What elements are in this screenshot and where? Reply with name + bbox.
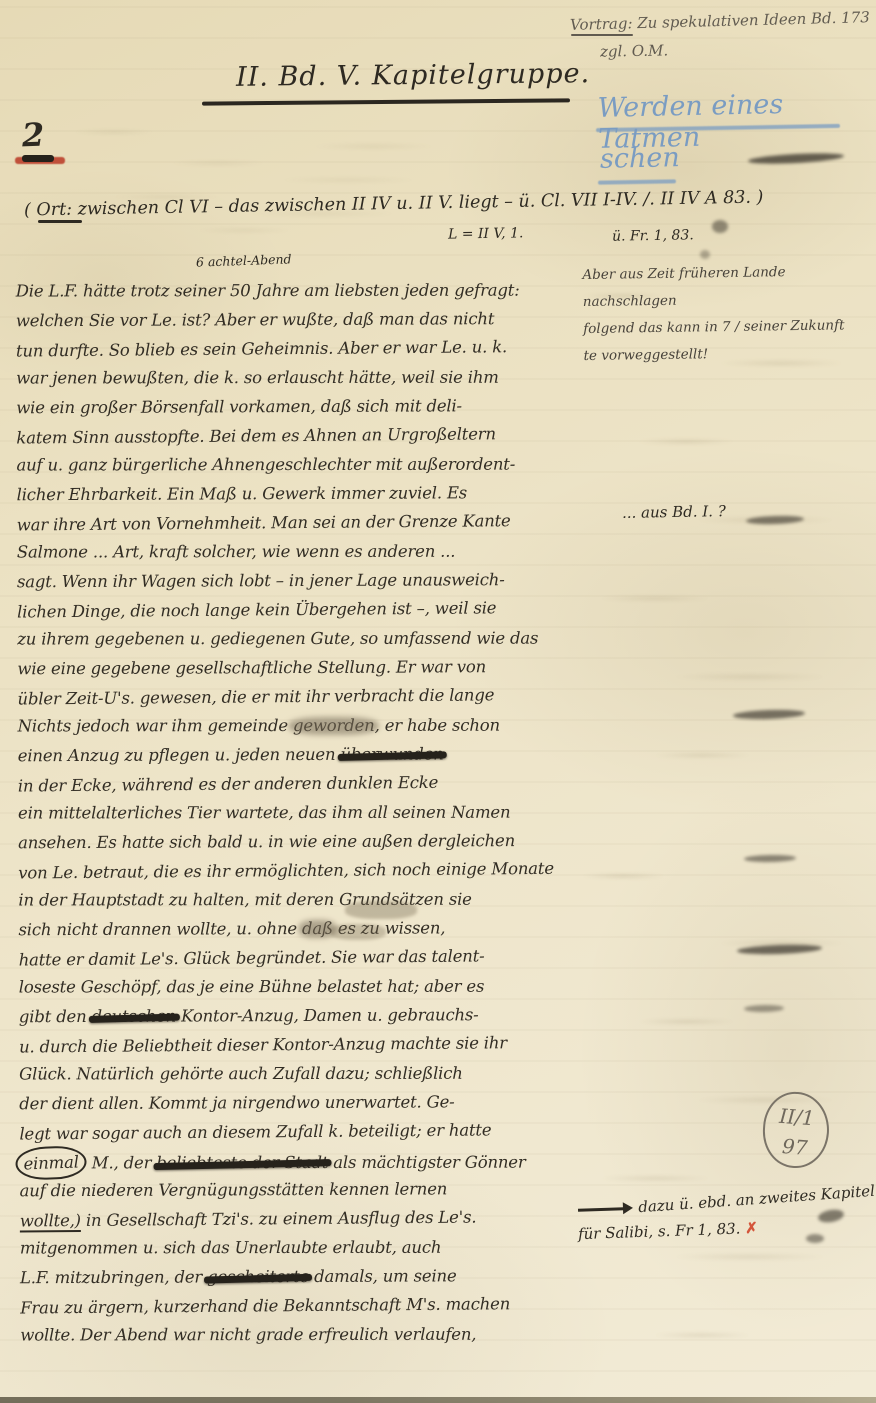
body-segment: katem Sinn ausstopfte. Bei dem es Ahnen … [16,424,496,447]
body-segment-smudge: daß [302,919,333,938]
body-line: in der Ecke, während es der anderen dunk… [18,766,593,800]
body-line: von Le. betraut, die es ihr ermöglichten… [18,853,593,887]
ink-smudge [746,515,804,525]
ink-smudge [733,709,805,721]
body-segment: auf die niederen Vergnügungsstätten kenn… [20,1179,448,1200]
body-line: zu ihrem gegebenen u. gediegenen Gute, s… [17,623,592,653]
ink-smudge [744,855,796,863]
interlinear-note: 6 achtel-Abend [196,251,292,269]
ink-smudge [748,151,844,165]
body-segment: sich nicht drannen wollte, u. ohne [18,919,302,939]
archive-stamp: II/1 97 [760,1090,831,1170]
body-line: auf u. ganz bürgerliche Ahnengeschlechte… [16,450,591,480]
body-line: war jenen bewußten, die k. so erlauscht … [16,363,591,393]
body-line: der dient allen. Kommt ja nirgendwo uner… [19,1087,594,1119]
body-line: u. durch die Beliebtheit dieser Kontor-A… [19,1027,594,1061]
bleedthrough-smears [10,120,530,240]
arrow-note-line2: für Salibi, s. Fr 1, 83. ✗ [578,1219,758,1243]
ink-smudge [737,944,822,956]
body-segment: von Le. betraut, die es ihr ermöglichten… [18,859,554,883]
body-line: mitgenommen u. sich das Unerlaubte erlau… [20,1232,595,1262]
ink-smudge [712,220,728,233]
body-segment: welchen Sie vor Le. ist? Aber er wußte, … [16,309,494,330]
margin-note-line2: folgend das kann in 7 / seiner Zukunft [583,312,873,343]
arrow-note-text: für Salibi, s. Fr 1, 83. [578,1219,741,1243]
body-line: Glück. Natürlich gehörte auch Zufall daz… [19,1058,594,1088]
page-bottom-edge [0,1397,876,1403]
ink-underline [22,155,54,162]
body-segment-strike: deutschen [92,1007,177,1026]
location-note-sub2: ü. Fr. 1, 83. [612,227,694,244]
body-segment-strike: gescheiterte [207,1267,309,1286]
body-line: welchen Sie vor Le. ist? Aber er wußte, … [16,304,591,336]
body-line: legt war sogar auch an diesem Zufall k. … [19,1114,594,1148]
body-segment: der dient allen. Kommt ja nirgendwo uner… [19,1092,454,1113]
page-title: II. Bd. V. Kapitelgruppe. [236,58,590,93]
body-line: licher Ehrbarkeit. Ein Maß u. Gewerk imm… [17,478,592,510]
body-line: übler Zeit-U's. gewesen, die er mit ihr … [17,679,592,713]
body-segment: sagt. Wenn ihr Wagen sich lobt – in jene… [17,570,505,591]
body-segment: , er habe schon [375,716,500,735]
bleedthrough-smears [560,820,876,1380]
body-segment: L.F. mitzubringen, der [20,1267,207,1287]
title-underline [202,98,570,105]
ort-underline [38,220,82,223]
body-line: wollte. Der Abend war nicht grade erfreu… [20,1319,595,1349]
body-line: auf die niederen Vergnügungsstätten kenn… [20,1174,595,1206]
folio-number: 2 [21,116,45,155]
body-segment-strike: beliebteste der Stadt [156,1153,328,1172]
body-segment: Frau zu ärgern, kurzerhand die Bekanntsc… [20,1294,510,1317]
body-line: Frau zu ärgern, kurzerhand die Bekanntsc… [20,1288,595,1322]
body-line: einmal M., der beliebteste der Stadt als… [19,1145,594,1175]
blue-crayon-title-line2: schen [600,142,680,175]
red-x-mark: ✗ [745,1219,758,1237]
body-segment: ansehen. Es hatte sich bald u. in wie ei… [18,831,515,852]
body-line: katem Sinn ausstopfte. Bei dem es Ahnen … [16,418,591,452]
body-segment: wollte. Der Abend war nicht grade erfreu… [20,1325,476,1345]
body-segment: mitgenommen u. sich das Unerlaubte erlau… [20,1238,441,1258]
body-line: wie eine gegebene gesellschaftliche Stel… [17,652,592,684]
body-segment: war ihre Art von Vornehmheit. Man sei an… [17,511,511,534]
body-segment-smudge: geworden [293,716,375,735]
body-line: ansehen. Es hatte sich bald u. in wie ei… [18,826,593,858]
erasure-smear [345,901,417,919]
stamp-line2: 97 [763,1130,827,1164]
body-line: loseste Geschöpf, das je eine Bühne bela… [19,971,594,1001]
ink-smudge [744,1005,784,1013]
body-line: Salmone ... Art, kraft solcher, wie wenn… [17,537,592,567]
erasure-smear [330,924,386,940]
body-line: wollte,) in Gesellschaft Tzi's. zu einem… [20,1201,595,1235]
body-segment: war jenen bewußten, die k. so erlauscht … [16,368,499,388]
body-line: tun durfte. So blieb es sein Geheimnis. … [16,331,591,365]
body-segment: Glück. Natürlich gehörte auch Zufall daz… [19,1064,463,1084]
body-line: gibt den deutschen Kontor-Anzug, Damen u… [19,1000,594,1032]
manuscript-page: { "page": { "folio_number": "2", "stamp"… [0,0,876,1403]
body-segment: in der Ecke, während es der anderen dunk… [18,773,438,796]
body-segment: als mächtigster Gönner [328,1153,525,1172]
stamp-line1: II/1 [765,1100,829,1134]
body-segment: u. durch die Beliebtheit dieser Kontor-A… [19,1033,507,1056]
body-segment-strike: überwunden [340,744,443,763]
ink-smudge [700,250,710,259]
body-segment-ul: wollte,) [20,1211,81,1233]
body-segment-circle: einmal [15,1145,87,1181]
body-segment: hatte er damit Le's. Glück begründet. Si… [19,946,485,969]
body-segment: Nichts jedoch war ihm gemeinde [18,716,293,735]
body-segment: legt war sogar auch an diesem Zufall k. … [19,1120,491,1143]
margin-note-line3: te vorweggestellt! [583,339,873,370]
location-note: ( Ort: zwischen Cl VI – das zwischen II … [24,188,764,221]
body-segment: damals, um seine [309,1266,456,1286]
body-segment: lichen Dinge, die noch lange kein Überge… [17,598,496,621]
ink-smudge [817,1208,845,1224]
body-segment: ein mittelalterliches Tier wartete, das … [18,803,510,823]
arrow-icon [578,1207,624,1211]
body-segment: auf u. ganz bürgerliche Ahnengeschlechte… [16,455,515,475]
body-line: in der Hauptstadt zu halten, mit deren G… [18,884,593,914]
blue-underline [598,179,676,184]
pencil-reference-note-line2: zgl. O.M. [600,41,668,60]
margin-note-aus-bd1: ... aus Bd. I. ? [622,502,726,522]
body-line: Die L.F. hätte trotz seiner 50 Jahre am … [16,276,591,306]
body-segment: Kontor-Anzug, Damen u. gebrauchs- [176,1005,479,1025]
body-line: sagt. Wenn ihr Wagen sich lobt – in jene… [17,565,592,597]
body-line: einen Anzug zu pflegen u. jeden neuen üb… [18,739,593,771]
body-segment: tun durfte. So blieb es sein Geheimnis. … [16,337,507,360]
body-segment: M., der [87,1153,157,1172]
body-segment: einen Anzug zu pflegen u. jeden neuen [18,745,341,765]
body-line: sich nicht drannen wollte, u. ohne daß e… [18,913,593,945]
body-segment: übler Zeit-U's. gewesen, die er mit ihr … [17,685,494,708]
body-line: ein mittelalterliches Tier wartete, das … [18,797,593,827]
body-segment: gibt den [19,1007,92,1026]
margin-note-line1: Aber aus Zeit früheren Lande nachschlage… [582,258,873,316]
body-line: Nichts jedoch war ihm gemeinde geworden,… [18,710,593,740]
location-note-sub1: L = II V, 1. [448,225,524,242]
body-line: L.F. mitzubringen, der gescheiterte dama… [20,1261,595,1293]
pencil-underline [571,34,633,36]
body-line: war ihre Art von Vornehmheit. Man sei an… [17,505,592,539]
body-segment: zu ihrem gegebenen u. gediegenen Gute, s… [17,629,538,649]
body-segment: wie eine gegebene gesellschaftliche Stel… [17,657,486,678]
body-segment: wie ein großer Börsenfall vorkamen, daß … [16,396,462,417]
body-line: wie ein großer Börsenfall vorkamen, daß … [16,391,591,423]
body-text: Die L.F. hätte trotz seiner 50 Jahre am … [16,275,596,1350]
body-segment: in Gesellschaft Tzi's. zu einem Ausflug … [81,1208,477,1230]
body-segment: licher Ehrbarkeit. Ein Maß u. Gewerk imm… [17,483,468,504]
pencil-reference-note-line1: Vortrag: Zu spekulativen Ideen Bd. 173 [570,8,870,34]
body-segment: Die L.F. hätte trotz seiner 50 Jahre am … [16,281,520,301]
body-segment: loseste Geschöpf, das je eine Bühne bela… [19,977,485,997]
body-segment: Salmone ... Art, kraft solcher, wie wenn… [17,542,455,562]
ink-smudge [806,1234,824,1243]
body-line: hatte er damit Le's. Glück begründet. Si… [19,940,594,974]
body-line: lichen Dinge, die noch lange kein Überge… [17,592,592,626]
